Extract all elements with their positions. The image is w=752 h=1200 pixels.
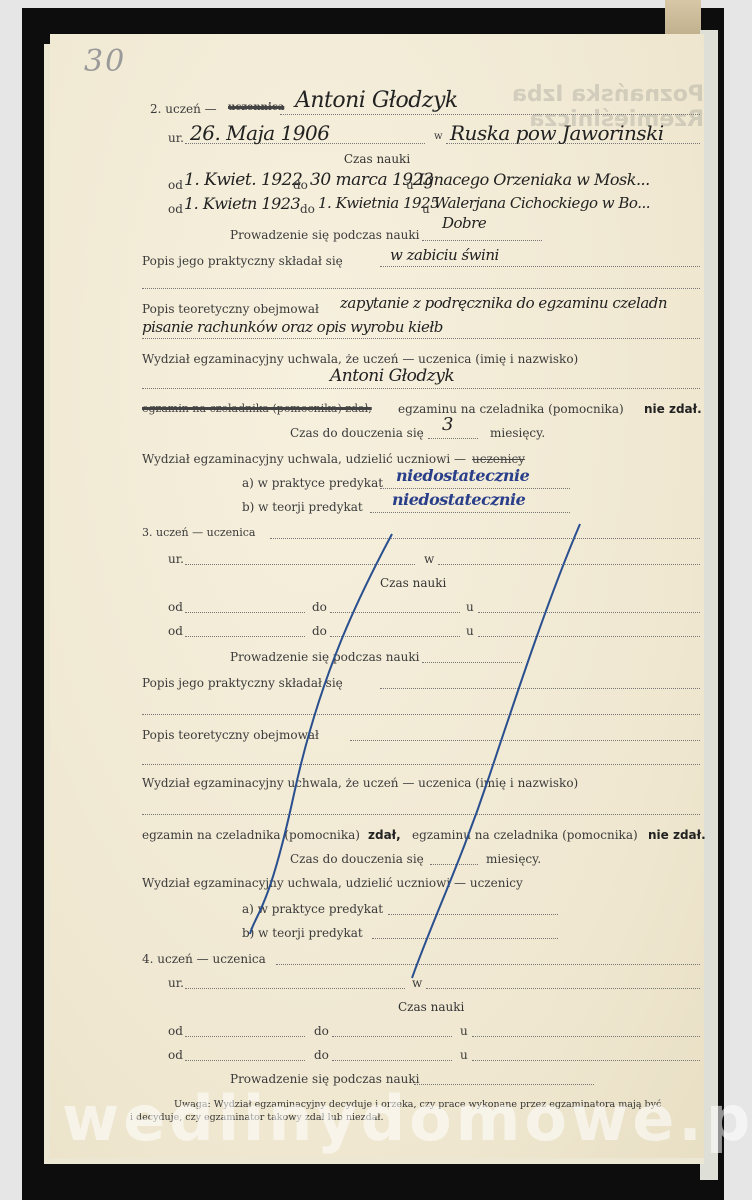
from-label: od [168,624,183,638]
blank-line [388,902,558,915]
from-label: od [168,600,183,614]
entry2-birth-place-label: w [434,131,443,142]
period1-from: 1. Kwiet. 1922 [184,170,302,190]
entry3-name-line [270,526,700,539]
at-label: u [466,624,474,638]
entry2-grant-struck: uczenicy [472,452,525,466]
entry4-study-heading: Czas nauki [398,1000,464,1014]
entry3-pass-text: egzamin na czeladnika (pomocnika) [142,828,360,842]
entry2-study-heading: Czas nauki [50,152,704,166]
entry2-grade-practical: niedostatecznie [396,466,529,485]
entry2-birth-label: ur. [168,131,184,145]
blank-line [142,276,700,289]
blank-line [185,1048,305,1061]
entry3-fail-text: egzaminu na czeladnika (pomocnika) [412,828,638,842]
entry3-conduct-label: Prowadzenie się podczas nauki [230,650,419,664]
blank-line [422,650,522,663]
entry2-number-label: 2. uczeń — [150,102,217,116]
blank-line [472,1024,700,1037]
blank-line [380,676,700,689]
blank-line [478,600,700,613]
period1-at-label: u [406,178,414,192]
period2-from: 1. Kwietn 1923 [184,194,300,213]
page-tab [665,0,701,38]
entry4-birth-place-label: w [412,976,422,990]
entry3-theory-label: Popis teoretyczny obejmował [142,728,319,742]
period1-at: Ignacego Orzeniaka w Mosk... [418,170,650,189]
entry3-study-heading: Czas nauki [380,576,446,590]
entry2-birth-date: 26. Maja 1906 [190,121,329,145]
blank-line [438,552,700,565]
entry3-pass-bold: zdał, [368,828,401,842]
entry3-birth-label: ur. [168,552,184,566]
entry2-decision-name: Antoni Głodzyk [330,366,454,386]
entry2-retake-line [428,426,478,439]
page-number: 30 [84,44,126,79]
entry3-fail-bold: nie zdał. [648,828,706,842]
period2-at-label: u [422,202,430,216]
entry2-practical: w zabiciu świni [390,246,499,264]
period2-from-label: od [168,202,183,216]
period1-to: 30 marca 1923 [310,170,433,190]
blank-line [185,1024,305,1037]
period2-to-label: do [300,202,315,216]
to-label: do [312,600,327,614]
blank-line [350,728,700,741]
entry3-retake-unit: miesięcy. [486,852,541,866]
blank-line [185,624,305,637]
entry3-decision-label: Wydział egzaminacyjny uchwala, że uczeń … [142,776,578,790]
entry2-retake-months: 3 [442,414,453,435]
entry3-grant-label: Wydział egzaminacyjny uchwala, udzielić … [142,876,523,890]
blank-line [330,624,460,637]
entry2-retake-unit: miesięcy. [490,426,545,440]
entry2-conduct: Dobre [442,214,486,232]
blank-line [478,624,700,637]
blank-line [330,600,460,613]
blank-line [276,952,700,965]
entry2-grant-label: Wydział egzaminacyjny uchwala, udzielić … [142,452,466,466]
watermark: wedlinydomowe.pl [62,1082,752,1155]
entry4-birth-label: ur. [168,976,184,990]
entry2-grade-theory: niedostatecznie [392,490,525,509]
blank-line [426,976,700,989]
entry3-grade-practical-label: a) w praktyce predykat [242,902,383,916]
entry3-retake-label: Czas do douczenia się [290,852,424,866]
entry2-fail-text: egzaminu na czeladnika (pomocnika) [398,402,624,416]
entry2-theory-label: Popis teoretyczny obejmował [142,302,319,316]
entry2-fail-bold: nie zdał. [644,402,702,416]
at-label: u [460,1024,468,1038]
entry2-theory-line2: pisanie rachunków oraz opis wyrobu kiełb [142,318,443,336]
entry2-conduct-label: Prowadzenie się podczas nauki [230,228,419,242]
entry2-practical-label: Popis jego praktyczny składał się [142,254,343,268]
to-label: do [314,1048,329,1062]
at-label: u [466,600,474,614]
period2-at: Walerjana Cichockiego w Bo... [434,194,650,212]
entry2-decision-label: Wydział egzaminacyjny uchwala, że uczeń … [142,352,578,366]
entry4-number-label: 4. uczeń — uczenica [142,952,266,966]
to-label: do [314,1024,329,1038]
entry2-struck-label: uczennica [228,102,284,113]
entry2-name: Antoni Głodzyk [295,88,458,113]
entry2-retake-label: Czas do douczenia się [290,426,424,440]
blank-line [185,976,405,989]
entry2-pass-struck: egzamin na czeladnika (pomocnika) zdał, [142,402,372,415]
entry3-practical-label: Popis jego praktyczny składał się [142,676,343,690]
blank-line [142,752,700,765]
blank-line [332,1048,452,1061]
period2-to: 1. Kwietnia 1925 [318,194,439,212]
blank-line [142,702,700,715]
document-page: 30 Poznańska Izba Rzemieślnicza 2. uczeń… [50,34,704,1158]
blank-line [472,1048,700,1061]
entry3-grade-theory-label: b) w teorji predykat [242,926,363,940]
blank-line [185,552,415,565]
blank-line [185,600,305,613]
at-label: u [460,1048,468,1062]
entry2-grade-theory-label: b) w teorji predykat [242,500,363,514]
from-label: od [168,1024,183,1038]
to-label: do [312,624,327,638]
entry2-theory-line1: zapytanie z podręcznika do egzaminu czel… [340,294,667,312]
blank-line [142,802,700,815]
blank-line [430,852,478,865]
blank-line [332,1024,452,1037]
period1-to-label: do [293,178,308,192]
entry3-number-label: 3. uczeń — uczenica [142,526,256,539]
entry2-birth-place: Ruska pow Jaworinski [450,121,664,145]
entry3-birth-place-label: w [424,552,434,566]
blank-line [372,926,558,939]
from-label: od [168,1048,183,1062]
period1-from-label: od [168,178,183,192]
entry2-grade-practical-label: a) w praktyce predykat [242,476,383,490]
